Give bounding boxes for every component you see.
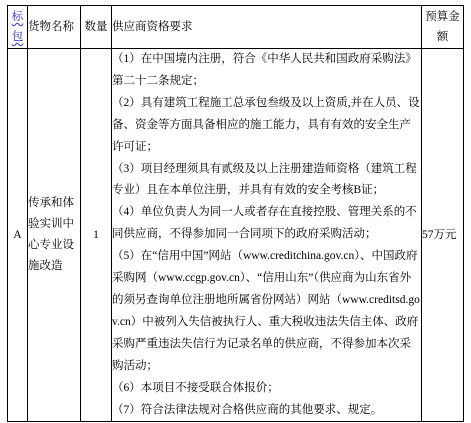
requirement-item: （7）符合法律法规对合格供应商的其他要求、规定。 bbox=[112, 400, 421, 422]
bid-package-label-grammar-underline: 标包 bbox=[12, 11, 24, 43]
requirement-item: （5）在“信用中国”网站（www.creditchina.gov.cn）、中国政… bbox=[112, 246, 421, 377]
data-row: A 传承和体验实训中心专业设施改造 1 （1）在中国境内注册，符合《中华人民共和… bbox=[8, 49, 464, 422]
header-goods-name: 货物名称 bbox=[28, 6, 81, 49]
header-quantity: 数量 bbox=[81, 6, 112, 49]
document-page: 标包 货物名称 数量 供应商资格要求 预算金额 A 传承和体验实训中心专业设施改… bbox=[0, 0, 471, 423]
header-supplier-requirements: 供应商资格要求 bbox=[112, 6, 422, 49]
cell-quantity: 1 bbox=[81, 49, 112, 422]
requirement-item: （6）本项目不接受联合体报价； bbox=[112, 378, 421, 400]
header-bid-package: 标包 bbox=[8, 6, 28, 49]
requirement-item: （2）具有建筑工程施工总承包叁级及以上资质,并在人员、设备、资金等方面具备相应的… bbox=[112, 93, 421, 159]
procurement-table: 标包 货物名称 数量 供应商资格要求 预算金额 A 传承和体验实训中心专业设施改… bbox=[7, 5, 464, 422]
cell-requirements: （1）在中国境内注册，符合《中华人民共和国政府采购法》第二十二条规定； （2）具… bbox=[112, 49, 422, 422]
requirement-item: （3）项目经理须具有贰级及以上注册建造师资格（建筑工程专业）且在本单位注册，并具… bbox=[112, 159, 421, 203]
cell-budget: 57万元 bbox=[422, 49, 464, 422]
header-row: 标包 货物名称 数量 供应商资格要求 预算金额 bbox=[8, 6, 464, 49]
header-budget: 预算金额 bbox=[422, 6, 464, 49]
requirement-item: （1）在中国境内注册，符合《中华人民共和国政府采购法》第二十二条规定； bbox=[112, 49, 421, 93]
cell-bid-package: A bbox=[8, 49, 28, 422]
requirement-item: （4）单位负责人为同一人或者存在直接控股、管理关系的不同供应商，不得参加同一合同… bbox=[112, 202, 421, 246]
cell-goods-name: 传承和体验实训中心专业设施改造 bbox=[28, 49, 81, 422]
